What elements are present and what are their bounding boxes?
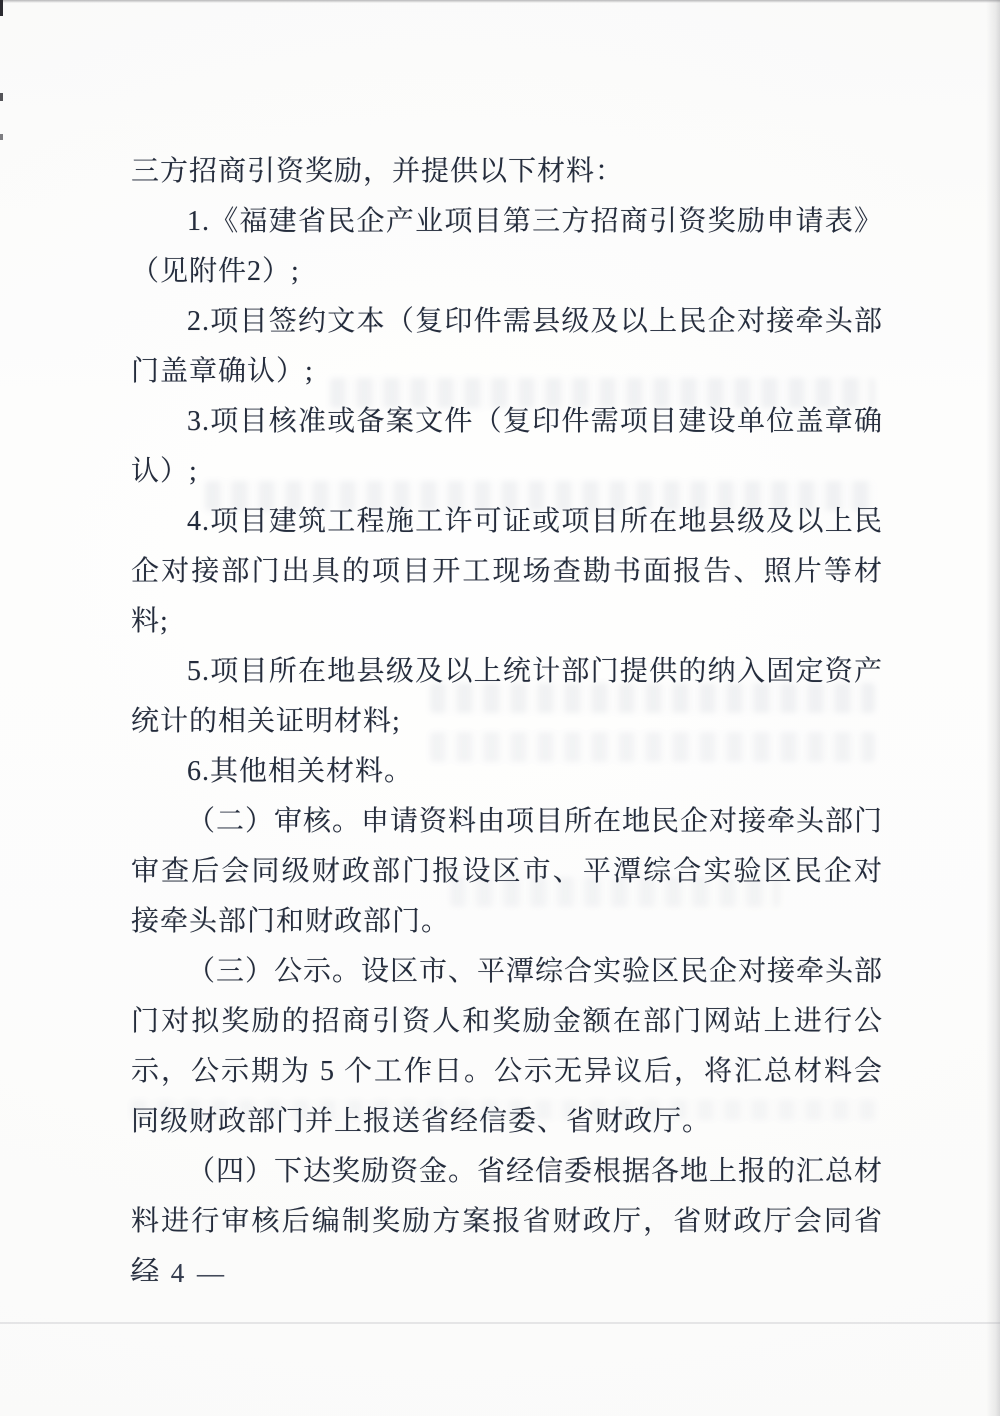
section-4-reward-funds: （四）下达奖励资金。省经信委根据各地上报的汇总材料进行审核后编制奖励方案报省财政… — [131, 1147, 883, 1297]
scan-left-edge-mark — [0, 93, 3, 101]
scan-top-edge-artifact — [0, 0, 1000, 3]
section-3-publicity: （三）公示。设区市、平潭综合实验区民企对接牵头部门对拟奖励的招商引资人和奖励金额… — [131, 947, 883, 1147]
scan-right-edge-shadow — [986, 0, 1000, 1416]
document-page: 三方招商引资奖励，并提供以下材料： 1.《福建省民企产业项目第三方招商引资奖励申… — [0, 0, 1000, 1416]
list-item-1-application-form: 1.《福建省民企产业项目第三方招商引资奖励申请表》（见附件2）; — [131, 197, 883, 297]
document-body: 三方招商引资奖励，并提供以下材料： 1.《福建省民企产业项目第三方招商引资奖励申… — [131, 147, 883, 1297]
scan-bottom-line-artifact — [0, 1322, 1000, 1324]
scan-left-edge-mark — [0, 0, 3, 16]
list-item-2-contract-text: 2.项目签约文本（复印件需县级及以上民企对接牵头部门盖章确认）; — [131, 297, 883, 397]
section-2-review: （二）审核。申请资料由项目所在地民企对接牵头部门审查后会同级财政部门报设区市、平… — [131, 797, 883, 947]
scan-left-edge-mark — [0, 134, 3, 140]
list-item-4-construction-permit: 4.项目建筑工程施工许可证或项目所在地县级及以上民企对接部门出具的项目开工现场查… — [131, 497, 883, 647]
page-number: — 4 — — [131, 1258, 227, 1289]
list-item-6-other-materials: 6.其他相关材料。 — [131, 747, 883, 797]
list-item-3-approval-document: 3.项目核准或备案文件（复印件需项目建设单位盖章确认）; — [131, 397, 883, 497]
paragraph-continuation: 三方招商引资奖励，并提供以下材料： — [131, 147, 883, 197]
list-item-5-statistics-proof: 5.项目所在地县级及以上统计部门提供的纳入固定资产统计的相关证明材料; — [131, 647, 883, 747]
